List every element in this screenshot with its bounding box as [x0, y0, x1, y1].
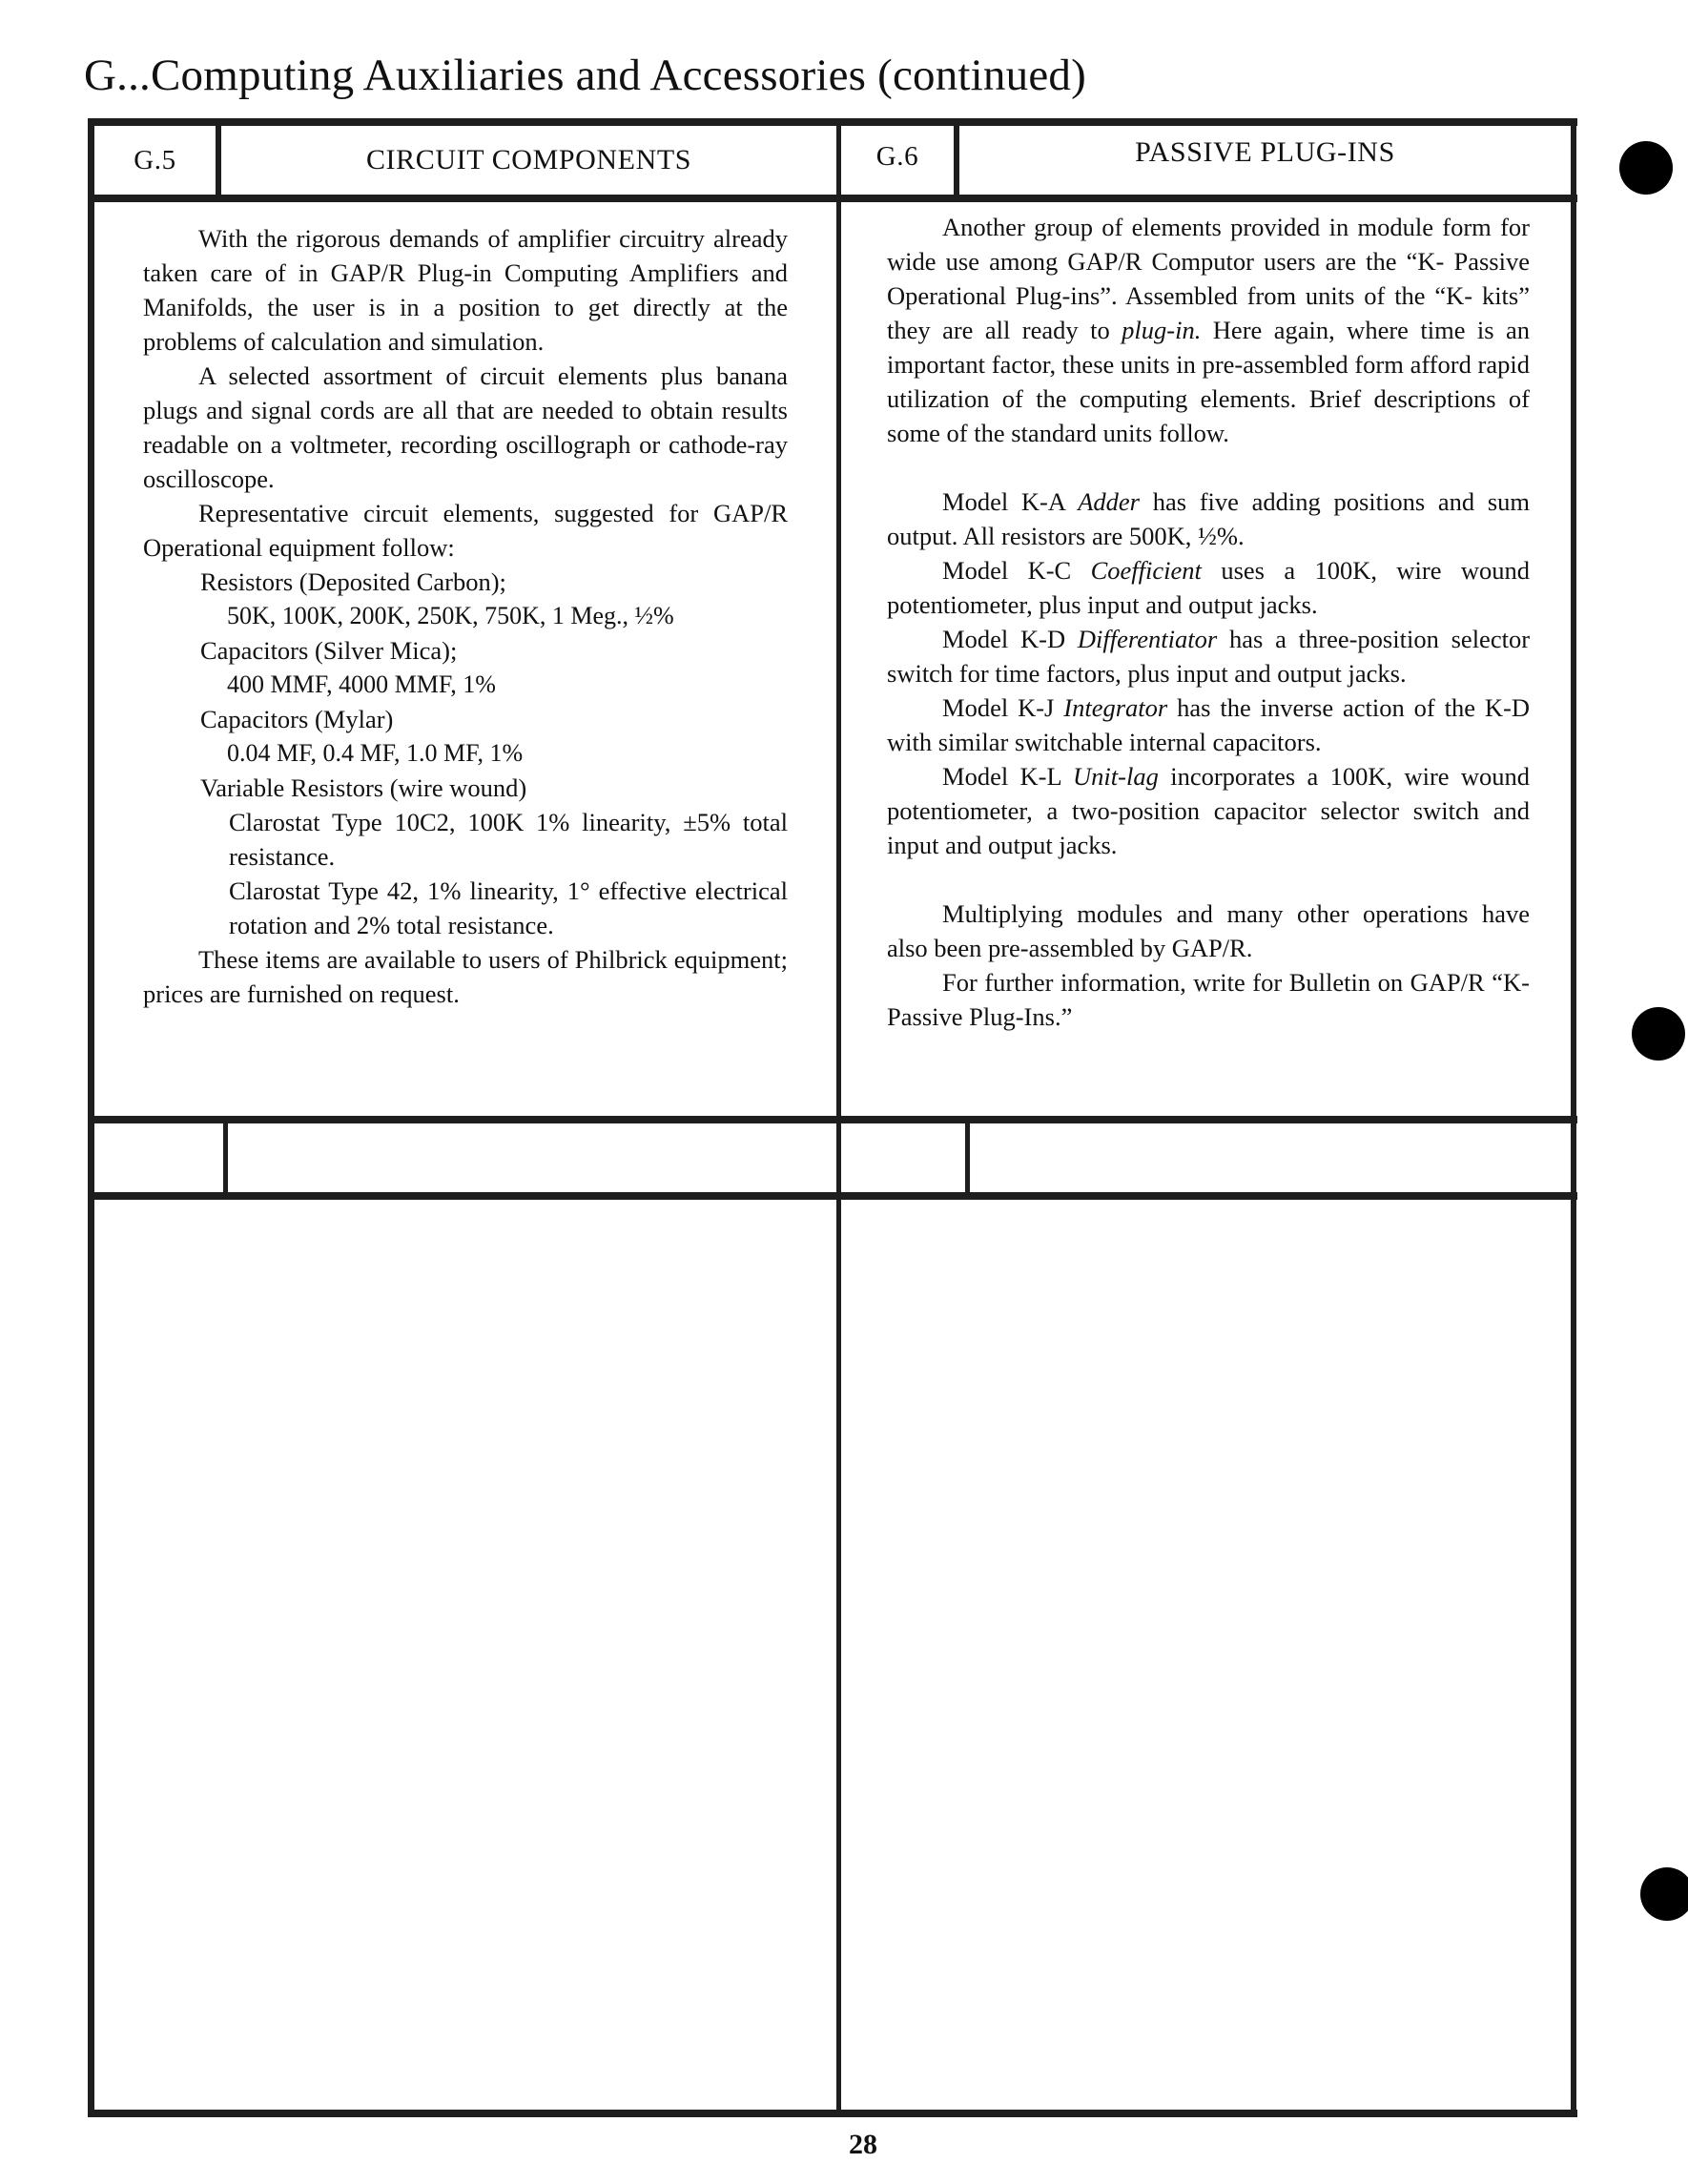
- header-row-1-bottom: [88, 195, 1577, 202]
- component-category: Resistors (Deposited Carbon);: [143, 565, 788, 599]
- table-bottom-border: [88, 2110, 1577, 2117]
- model-name: Coefficient: [1091, 556, 1202, 585]
- binder-hole-middle: [1632, 1007, 1685, 1061]
- empty-right-code-cell: [841, 1123, 965, 1192]
- header-row-2-top: [88, 1116, 1577, 1123]
- availability-paragraph: These items are available to users of Ph…: [143, 942, 788, 1011]
- passive-plug-ins-body: Another group of elements provided in mo…: [887, 210, 1530, 1034]
- component-category: Variable Resistors (wire wound): [143, 771, 788, 805]
- section-heading-passive-plug-ins: PASSIVE PLUG-INS: [959, 118, 1571, 187]
- model-entry: Model K-L Unit-lag incorporates a 100K, …: [887, 759, 1530, 862]
- model-entry: Model K-C Coefficient uses a 100K, wire …: [887, 553, 1530, 622]
- component-values: Clarostat Type 10C2, 100K 1% linearity, …: [143, 805, 788, 874]
- multiplying-modules-paragraph: Multiplying modules and many other opera…: [887, 896, 1530, 965]
- model-entry: Model K-D Differentiator has a three-pos…: [887, 622, 1530, 690]
- model-name: Differentiator: [1078, 625, 1217, 653]
- component-values: 400 MMF, 4000 MMF, 1%: [143, 668, 788, 702]
- binder-hole-bottom: [1640, 1867, 1688, 1921]
- empty-left-code-cell: [94, 1123, 223, 1192]
- model-name: Adder: [1078, 487, 1140, 516]
- model-entry: Model K-J Integrator has the inverse act…: [887, 690, 1530, 759]
- component-values: 0.04 MF, 0.4 MF, 1.0 MF, 1%: [143, 736, 788, 771]
- circuit-components-body: With the rigorous demands of amplifier c…: [143, 221, 788, 1011]
- section-code-g5: G.5: [94, 126, 216, 195]
- page-number: 28: [0, 2129, 1688, 2161]
- component-values: 50K, 100K, 200K, 250K, 750K, 1 Meg., ½%: [143, 599, 788, 633]
- component-values: Clarostat Type 42, 1% linearity, 1° effe…: [143, 874, 788, 942]
- intro-paragraph: With the rigorous demands of amplifier c…: [143, 221, 788, 359]
- plug-in-emphasis: plug-in.: [1122, 316, 1201, 344]
- component-category: Capacitors (Mylar): [143, 702, 788, 736]
- model-entry: Model K-A Adder has five adding position…: [887, 484, 1530, 553]
- bulletin-paragraph: For further information, write for Bulle…: [887, 965, 1530, 1034]
- section-code-g6: G.6: [841, 122, 954, 191]
- model-list: Model K-A Adder has five adding position…: [887, 484, 1530, 862]
- model-name: Unit-lag: [1073, 762, 1159, 791]
- assortment-paragraph: A selected assortment of circuit element…: [143, 359, 788, 496]
- component-category: Capacitors (Silver Mica);: [143, 633, 788, 668]
- header-row-2-bottom: [88, 1192, 1577, 1200]
- intro-paragraph: Another group of elements provided in mo…: [887, 210, 1530, 450]
- representative-paragraph: Representative circuit elements, suggest…: [143, 496, 788, 565]
- binder-hole-top: [1619, 141, 1673, 195]
- section-heading-circuit-components: CIRCUIT COMPONENTS: [221, 126, 836, 195]
- component-list: Resistors (Deposited Carbon); 50K, 100K,…: [143, 565, 788, 942]
- empty-left-heading-cell: [228, 1123, 836, 1192]
- model-name: Integrator: [1063, 693, 1167, 722]
- page-title: G...Computing Auxiliaries and Accessorie…: [84, 50, 1086, 101]
- empty-right-heading-cell: [970, 1123, 1571, 1192]
